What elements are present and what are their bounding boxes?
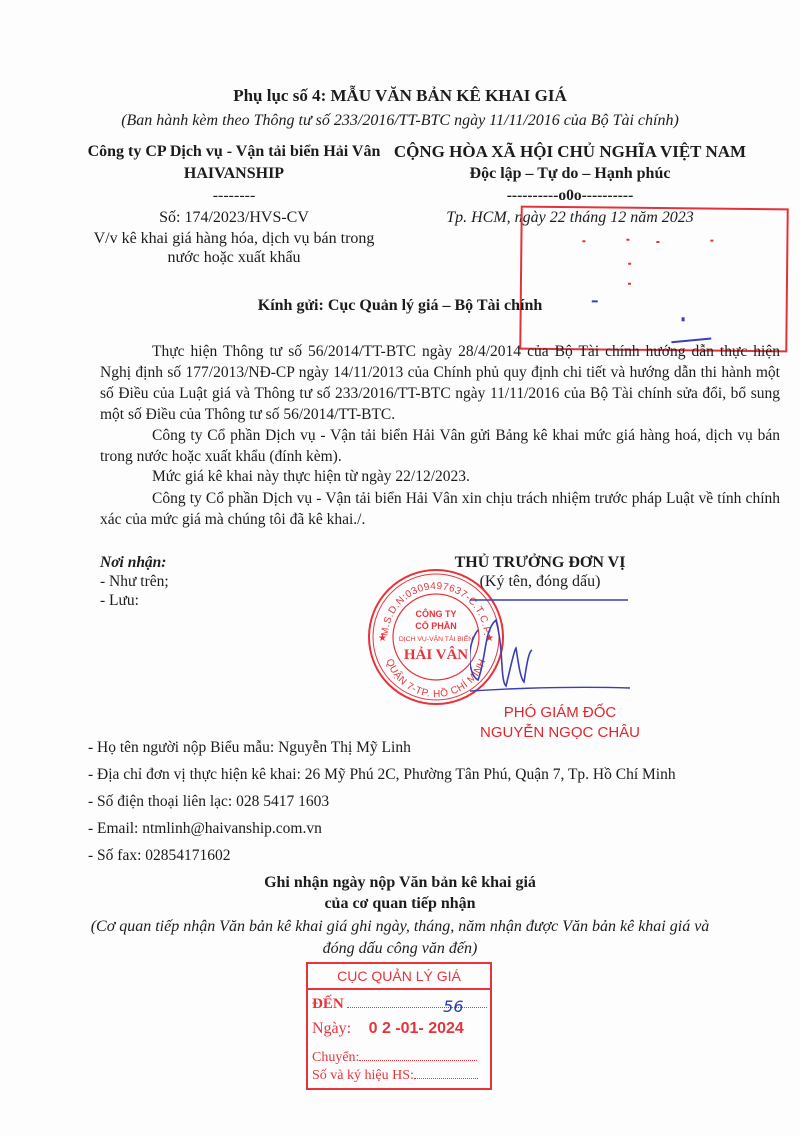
signer-block: PHÓ GIÁM ĐỐC NGUYỄN NGỌC CHÂU [450,703,670,743]
stamp-date-value: 0 2 -01- 2024 [369,1020,464,1037]
contact-email: - Email: ntmlinh@haivanship.com.vn [88,819,322,839]
nation-name: CỘNG HÒA XÃ HỘI CHỦ NGHĨA VIỆT NAM [390,141,750,163]
contact-phone: - Số điện thoại liên lạc: 028 5417 1603 [88,792,329,812]
contact-address: - Địa chỉ đơn vị thực hiện kê khai: 26 M… [88,765,676,785]
contact-submitter: - Họ tên người nộp Biểu mẫu: Nguyễn Thị … [88,738,411,758]
receipt-title: Ghi nhận ngày nộp Văn bản kê khai giá củ… [0,872,800,914]
nation-motto: Độc lập – Tự do – Hạnh phúc [390,163,750,185]
body-paragraph-1: Thực hiện Thông tư số 56/2014/TT-BTC ngà… [100,341,780,425]
signer-name: NGUYỄN NGỌC CHÂU [450,723,670,743]
company-short-name: HAIVANSHIP [84,163,384,185]
stamp-transfer-row: Chuyển: [312,1050,488,1066]
company-header: Công ty CP Dịch vụ - Vận tải biển Hải Vâ… [84,141,384,267]
subject-line-2: nước hoặc xuất khẩu [84,248,384,267]
signature-icon [470,590,630,700]
body-paragraph-3: Mức giá kê khai này thực hiện từ ngày 22… [100,466,780,487]
document-subtitle: (Ban hành kèm theo Thông tư số 233/2016/… [0,112,800,130]
recipient-item: - Lưu: [100,591,340,610]
recipients-block: Nơi nhận: - Như trên; - Lưu: [100,553,340,610]
receipt-note: (Cơ quan tiếp nhận Văn bản kê khai giá g… [60,916,740,960]
svg-text:★: ★ [378,633,387,644]
recipient-item: - Như trên; [100,572,340,591]
contact-fax: - Số fax: 02854171602 [88,846,231,866]
stamp-den-number: 56 [443,997,463,1016]
svg-text:DỊCH VỤ-VẬN TẢI BIỂN: DỊCH VỤ-VẬN TẢI BIỂN [399,634,473,643]
company-name: Công ty CP Dịch vụ - Vận tải biển Hải Vâ… [84,141,384,163]
nation-separator: ----------o0o---------- [390,185,750,207]
incoming-document-stamp: CỤC QUẢN LÝ GIÁ ĐẾN 56 Ngày: 0 2 -01- 20… [306,962,492,1090]
document-title: Phụ lục số 4: MẪU VĂN BẢN KÊ KHAI GIÁ [0,86,800,106]
svg-text:CÔNG TY: CÔNG TY [415,608,456,619]
signer-position: PHÓ GIÁM ĐỐC [450,703,670,723]
body-paragraph-4: Công ty Cổ phần Dịch vụ - Vận tải biển H… [100,488,780,530]
document-number: Số: 174/2023/HVS-CV [84,207,384,229]
recipients-label: Nơi nhận: [100,553,340,572]
header-separator: -------- [84,185,384,207]
svg-text:CỔ PHẦN: CỔ PHẦN [415,620,457,631]
addressee: Kính gửi: Cục Quản lý giá – Bộ Tài chính [0,297,800,315]
stamp-agency: CỤC QUẢN LÝ GIÁ [308,964,490,990]
received-stamp-box [519,206,788,353]
body-paragraph-2: Công ty Cổ phần Dịch vụ - Vận tải biển H… [100,425,780,467]
stamp-date-row: Ngày: 0 2 -01- 2024 [312,1020,464,1038]
stamp-file-row: Số và ký hiệu HS: [312,1068,488,1084]
subject-line-1: V/v kê khai giá hàng hóa, dịch vụ bán tr… [84,229,384,248]
svg-text:HẢI VÂN: HẢI VÂN [404,646,468,663]
stamp-den-row: ĐẾN 56 [312,996,488,1013]
